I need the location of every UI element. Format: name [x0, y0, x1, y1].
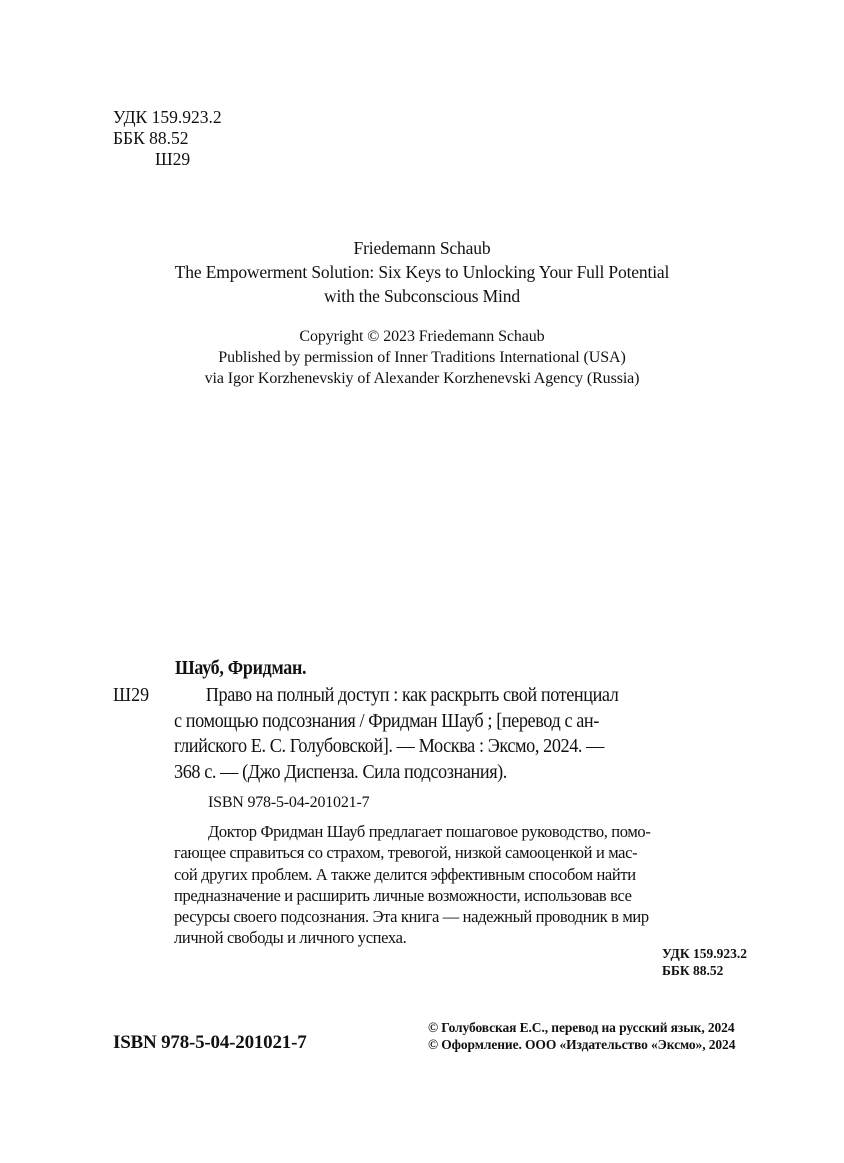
record-line: глийского Е. С. Голубовской]. — Москва :…: [174, 734, 726, 760]
bbk-code-bottom: ББК 88.52: [662, 962, 747, 979]
copyright-design: © Оформление. ООО «Издательство «Эксмо»,…: [428, 1036, 735, 1053]
udk-code-bottom: УДК 159.923.2: [662, 945, 747, 962]
annotation: Доктор Фридман Шауб предлагает пошаговое…: [174, 821, 764, 949]
original-title-line-2: with the Subconscious Mind: [0, 284, 844, 308]
annotation-line: предназначение и расширить личные возмож…: [174, 885, 764, 906]
footer-copyrights: © Голубовская Е.С., перевод на русский я…: [428, 1019, 735, 1053]
bbk-code: ББК 88.52: [113, 128, 222, 149]
original-author: Friedemann Schaub: [0, 236, 844, 260]
annotation-line: ресурсы своего подсознания. Эта книга — …: [174, 906, 764, 927]
record-author-heading: Шауб, Фридман.: [175, 658, 306, 680]
record-author-sign: Ш29: [113, 685, 149, 707]
rights-line-1: Copyright © 2023 Friedemann Schaub: [0, 326, 844, 347]
original-edition-block: Friedemann Schaub The Empowerment Soluti…: [0, 236, 844, 308]
record-isbn: ISBN 978-5-04-201021-7: [208, 794, 369, 812]
record-line: с помощью подсознания / Фридман Шауб ; […: [174, 709, 726, 735]
original-title-line-1: The Empowerment Solution: Six Keys to Un…: [0, 260, 844, 284]
record-line: 368 с. — (Джо Диспенза. Сила подсознания…: [174, 760, 726, 786]
annotation-line: сой других проблем. А также делится эффе…: [174, 864, 764, 885]
copyright-translation: © Голубовская Е.С., перевод на русский я…: [428, 1019, 735, 1036]
udk-code: УДК 159.923.2: [113, 107, 222, 128]
author-sign: Ш29: [113, 149, 222, 170]
bibliographic-record: Право на полный доступ : как раскрыть св…: [174, 683, 764, 785]
footer-isbn: ISBN 978-5-04-201021-7: [113, 1032, 307, 1054]
classification-footer: УДК 159.923.2 ББК 88.52: [662, 945, 747, 979]
rights-line-3: via Igor Korzhenevskiy of Alexander Korz…: [0, 368, 844, 389]
annotation-line: гающее справиться со страхом, тревогой, …: [174, 842, 764, 863]
classification-header: УДК 159.923.2 ББК 88.52 Ш29: [113, 107, 222, 170]
record-line: Право на полный доступ : как раскрыть св…: [174, 683, 726, 709]
rights-line-2: Published by permission of Inner Traditi…: [0, 347, 844, 368]
rights-notice: Copyright © 2023 Friedemann Schaub Publi…: [0, 326, 844, 389]
annotation-line: Доктор Фридман Шауб предлагает пошаговое…: [174, 821, 764, 842]
